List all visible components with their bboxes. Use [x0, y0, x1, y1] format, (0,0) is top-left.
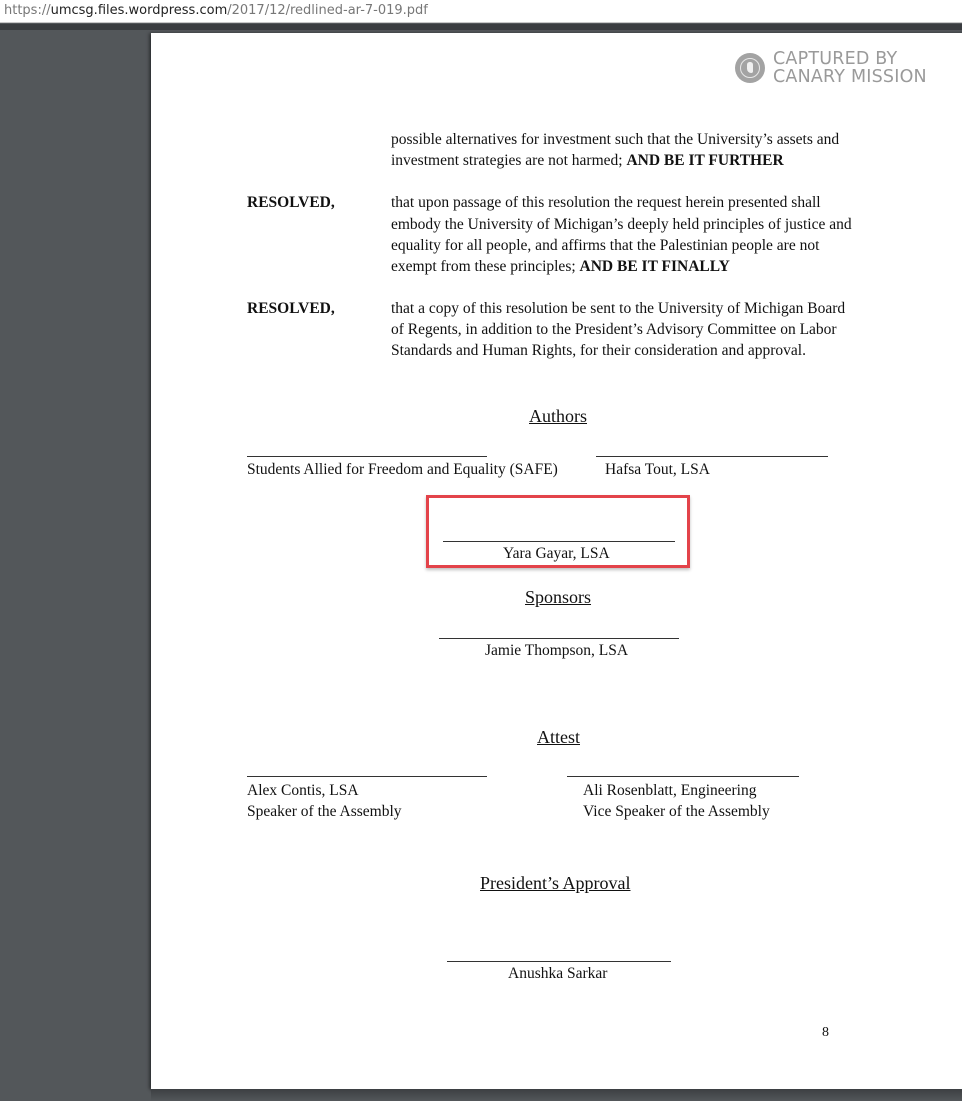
- signature-line: [247, 776, 487, 777]
- author-safe: Students Allied for Freedom and Equality…: [247, 459, 558, 480]
- sponsor-jamie-thompson: Jamie Thompson, LSA: [485, 640, 628, 661]
- resolved-1-line-4: exempt from these principles; AND BE IT …: [391, 256, 730, 277]
- resolved-2-line-3: Standards and Human Rights, for their co…: [391, 340, 806, 361]
- signature-line: [247, 456, 487, 457]
- attest-name-2: Ali Rosenblatt, Engineering: [583, 780, 756, 801]
- attest-heading: Attest: [537, 727, 580, 748]
- url-scheme: https://: [4, 3, 51, 18]
- resolved-label-2: RESOLVED,: [247, 298, 335, 319]
- author-yara-gayar: Yara Gayar, LSA: [503, 543, 610, 564]
- address-bar[interactable]: https://umcsg.files.wordpress.com/2017/1…: [0, 0, 962, 23]
- resolved-1-line-3: equality for all people, and affirms tha…: [391, 235, 819, 256]
- attest-name-1: Alex Contis, LSA: [247, 780, 359, 801]
- signature-line: [439, 638, 679, 639]
- continuation-text: investment strategies are not harmed;: [391, 152, 626, 169]
- presidents-approval-heading: President’s Approval: [480, 873, 631, 894]
- resolved-1-line-2: embody the University of Michigan’s deep…: [391, 214, 852, 235]
- resolved-2-line-1: that a copy of this resolution be sent t…: [391, 298, 845, 319]
- continuation-line-1: possible alternatives for investment suc…: [391, 129, 839, 150]
- page-number: 8: [822, 1022, 829, 1043]
- resolved-1-text: exempt from these principles;: [391, 258, 580, 275]
- sponsors-heading: Sponsors: [525, 587, 591, 608]
- canary-bird-icon: [735, 53, 765, 83]
- signature-line: [567, 776, 799, 777]
- page-bottom-shadow: [151, 1089, 962, 1101]
- watermark-line1: CAPTURED BY: [773, 50, 927, 68]
- signature-line: [596, 456, 828, 457]
- author-hafsa-tout: Hafsa Tout, LSA: [605, 459, 710, 480]
- authors-heading: Authors: [529, 406, 587, 427]
- continuation-line-2: investment strategies are not harmed; AN…: [391, 150, 784, 171]
- url-path: /2017/12/redlined-ar-7-019.pdf: [227, 3, 428, 18]
- url-host: umcsg.files.wordpress.com: [51, 3, 228, 18]
- resolved-label-1: RESOLVED,: [247, 192, 335, 213]
- watermark-line2: CANARY MISSION: [773, 68, 927, 86]
- president-anushka-sarkar: Anushka Sarkar: [508, 963, 607, 984]
- resolved-1-bold: AND BE IT FINALLY: [580, 258, 730, 275]
- signature-line: [443, 541, 675, 542]
- signature-line: [447, 961, 671, 962]
- watermark: CAPTURED BY CANARY MISSION: [735, 50, 927, 86]
- continuation-bold: AND BE IT FURTHER: [626, 152, 783, 169]
- attest-title-1: Speaker of the Assembly: [247, 801, 402, 822]
- attest-title-2: Vice Speaker of the Assembly: [583, 801, 770, 822]
- resolved-1-line-1: that upon passage of this resolution the…: [391, 192, 821, 213]
- resolved-2-line-2: of Regents, in addition to the President…: [391, 319, 837, 340]
